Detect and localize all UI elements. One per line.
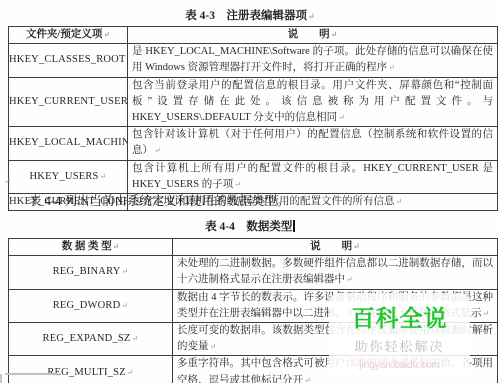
- table2-caption: 表 4-4 数据类型: [0, 218, 500, 234]
- registry-key-name: HKEY_LOCAL_MACHINE↵: [9, 127, 128, 160]
- paragraph-mark-icon: ↵: [308, 12, 315, 21]
- header-description: 说 明↵: [173, 239, 498, 256]
- baidu-jingyan-watermark: 百科全说 助你轻松解决 jingyan.baidu.com: [329, 293, 470, 374]
- registry-key-description: 包含计算机上所有用户的配置文件的根目录。HKEY_CURRENT_USER 是 …: [128, 160, 498, 193]
- watermark-slogan-text: 助你轻松解决: [329, 336, 470, 355]
- paragraph-mark-icon: ↵: [338, 113, 345, 122]
- paragraph-mark-icon: ↵: [103, 30, 110, 39]
- header-data-type: 数 据 类 型↵: [9, 239, 173, 256]
- paragraph-mark-icon: ↵: [100, 172, 107, 181]
- table-header-row: 数 据 类 型↵ 说 明↵: [9, 239, 498, 256]
- paragraph-mark-icon: ↵: [234, 180, 241, 189]
- body-paragraph: 表 4-4 列出当前由系统定义和使用的数据类型。 ↵: [29, 191, 300, 209]
- header-description: 说 明↵: [128, 27, 498, 44]
- table-row: HKEY_LOCAL_MACHINE↵ 包含针对该计算机（对于任何用户）的配置信…: [9, 127, 498, 160]
- registry-key-description: 包含针对该计算机（对于任何用户）的配置信息（控制系统和软件设置的信息）↵: [128, 127, 498, 160]
- registry-key-name: HKEY_CURRENT_USER↵: [9, 77, 128, 127]
- paragraph-mark-icon: ↵: [331, 30, 338, 39]
- table-row: HKEY_CURRENT_USER↵ 包含当前登录用户的配置信息的根目录。用户文…: [9, 77, 498, 127]
- table-row: REG_BINARY↵ 未处理的二进制数据。多数硬件组件信息都以二进制数据存储，…: [9, 256, 498, 289]
- table1-caption-text: 表 4-3 注册表编辑器项: [185, 10, 307, 22]
- data-type-description: 未处理的二进制数据。多数硬件组件信息都以二进制数据存储，而以十六进制格式显示在注…: [173, 256, 498, 289]
- table1-caption: 表 4-3 注册表编辑器项↵: [0, 7, 500, 23]
- page-corner-artifact: [0, 374, 2, 383]
- registry-key-name: HKEY_USERS↵: [9, 160, 128, 193]
- registry-key-description: 是 HKEY_LOCAL_MACHINE\Software 的子项。此处存储的信…: [128, 44, 498, 77]
- paragraph-mark-icon: ↵: [396, 197, 403, 206]
- table-header-row: 文件夹/预定义项↵ 说 明↵: [9, 27, 498, 44]
- data-type-name: REG_BINARY↵: [9, 256, 173, 289]
- paragraph-mark-icon: ↵: [294, 198, 301, 207]
- registry-keys-table: 文件夹/预定义项↵ 说 明↵ HKEY_CLASSES_ROOT↵ 是 HKEY…: [8, 26, 498, 211]
- paragraph-mark-icon: ↵: [121, 301, 128, 310]
- table2-caption-text: 表 4-4 数据类型: [205, 221, 292, 233]
- paragraph-mark-icon: ↵: [388, 63, 395, 72]
- paragraph-mark-icon: ↵: [4, 177, 11, 186]
- registry-key-description: 包含当前登录用户的配置信息的根目录。用户文件夹、屏幕颜色和“控制面板”设置存储在…: [128, 77, 498, 127]
- document-page: 表 4-3 注册表编辑器项↵ 文件夹/预定义项↵ 说 明↵ HKEY_CLASS…: [0, 0, 500, 383]
- paragraph-mark-icon: ↵: [122, 267, 129, 276]
- table-row: HKEY_CLASSES_ROOT↵ 是 HKEY_LOCAL_MACHINE\…: [9, 44, 498, 77]
- data-type-name: REG_DWORD↵: [9, 289, 173, 322]
- page-corner-artifact: [5, 373, 58, 375]
- paragraph-mark-icon: ↵: [346, 275, 353, 284]
- paragraph-mark-icon: ↵: [113, 242, 120, 251]
- registry-key-name: HKEY_CLASSES_ROOT↵: [9, 44, 128, 77]
- paragraph-mark-icon: ↵: [127, 368, 134, 377]
- table-row: HKEY_USERS↵ 包含计算机上所有用户的配置文件的根目录。HKEY_CUR…: [9, 160, 498, 193]
- header-folder-predefined: 文件夹/预定义项↵: [9, 27, 128, 44]
- paragraph-mark-icon: ↵: [154, 146, 161, 155]
- paragraph-mark-icon: ↵: [304, 376, 311, 383]
- text-cursor: [293, 220, 295, 232]
- paragraph-mark-icon: ↵: [210, 342, 217, 351]
- data-type-name: REG_EXPAND_SZ↵: [9, 323, 173, 356]
- paragraph-mark-icon: ↵: [353, 242, 360, 251]
- watermark-url-text: jingyan.baidu.com: [329, 360, 470, 371]
- paragraph-mark-icon: ↵: [132, 334, 139, 343]
- data-type-name: REG_MULTI_SZ↵: [9, 356, 173, 383]
- paragraph-mark-icon: ↵: [483, 309, 490, 318]
- watermark-brand-text: 百科全说: [329, 300, 470, 333]
